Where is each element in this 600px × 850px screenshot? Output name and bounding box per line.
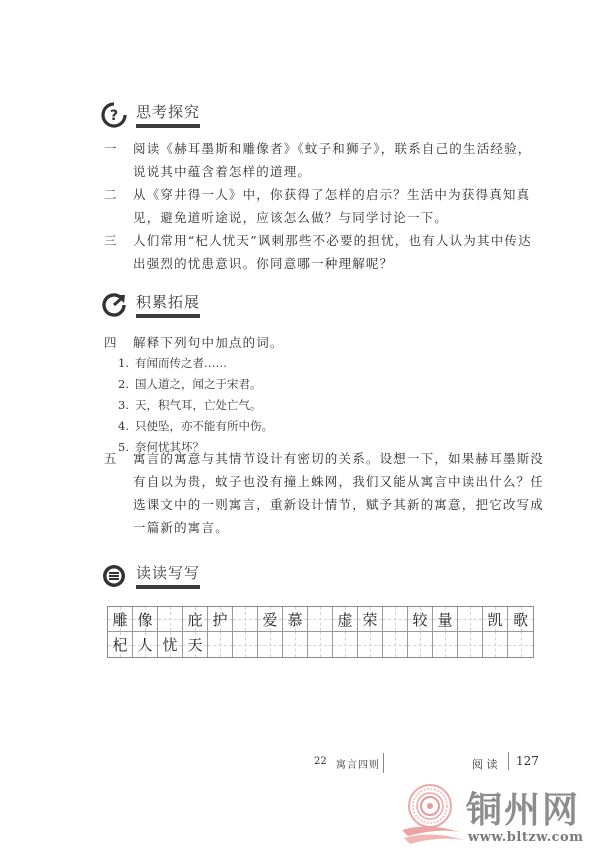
grid-cell: 人 bbox=[133, 632, 158, 657]
grid-cell bbox=[333, 632, 358, 657]
grid-cell: 护 bbox=[208, 607, 233, 632]
question-number: 三 bbox=[104, 229, 133, 275]
grid-cell: 虚 bbox=[333, 607, 358, 632]
section-title: 读读写写 bbox=[136, 562, 200, 582]
writing-grid: 雕像庇护爱慕虚荣较量凯歌杞人忧天 bbox=[107, 606, 534, 658]
grid-cell: 凯 bbox=[483, 607, 508, 632]
sub-item-text: 天，积气耳，亡处亡气。 bbox=[135, 395, 262, 416]
sub-item: 3. 天，积气耳，亡处亡气。 bbox=[118, 395, 273, 416]
section-title: 积累拓展 bbox=[136, 291, 200, 311]
watermark-url: www.bltzw.com bbox=[468, 830, 583, 845]
grid-cell bbox=[233, 607, 258, 632]
grid-cell bbox=[508, 632, 533, 657]
question-text: 阅读《赫耳墨斯和雕像者》《蚊子和狮子》，联系自己的生活经验，说说其中蕴含着怎样的… bbox=[133, 137, 544, 183]
grid-cell bbox=[458, 632, 483, 657]
grid-cell bbox=[308, 632, 333, 657]
footer-divider bbox=[508, 752, 509, 770]
grid-cell: 雕 bbox=[108, 607, 133, 632]
svg-text:?: ? bbox=[110, 108, 118, 124]
footer-lesson-title: 寓言四则 bbox=[336, 756, 380, 771]
grid-cell: 庇 bbox=[183, 607, 208, 632]
grid-cell bbox=[283, 632, 308, 657]
grid-char: 慕 bbox=[287, 609, 302, 630]
question-5: 五 寓言的寓意与其情节设计有密切的关系。设想一下，如果赫耳墨斯没有自以为贵，蚊子… bbox=[104, 447, 544, 539]
sub-item: 2. 国人道之，闻之于宋君。 bbox=[118, 374, 273, 395]
grid-cell bbox=[383, 632, 408, 657]
grid-cell: 慕 bbox=[283, 607, 308, 632]
grid-cell: 较 bbox=[408, 607, 433, 632]
sub-item-text: 有闻而传之者…… bbox=[135, 353, 227, 374]
section-header-extend: 积累拓展 bbox=[101, 291, 200, 318]
grid-cell: 荣 bbox=[358, 607, 383, 632]
grid-char: 凯 bbox=[487, 609, 502, 630]
circular-arrow-icon bbox=[101, 292, 127, 318]
footer-lesson-num: 22 bbox=[314, 756, 327, 767]
sub-item-number: 2. bbox=[118, 374, 135, 395]
grid-cell bbox=[158, 607, 183, 632]
question-number: 二 bbox=[104, 183, 133, 229]
question-circle-icon: ? bbox=[101, 102, 127, 128]
question-text: 人们常用“杞人忧天”讽刺那些不必要的担忧，也有人认为其中传达出强烈的忧患意识。你… bbox=[133, 229, 544, 275]
question-4: 四 解释下列句中加点的词。 bbox=[104, 331, 544, 354]
sub-item-number: 1. bbox=[118, 353, 135, 374]
question-text: 解释下列句中加点的词。 bbox=[133, 331, 544, 354]
sub-item-list: 1. 有闻而传之者…… 2. 国人道之，闻之于宋君。 3. 天，积气耳，亡处亡气… bbox=[118, 353, 273, 458]
section-underline bbox=[136, 585, 200, 589]
lines-circle-icon bbox=[101, 563, 127, 589]
grid-cell bbox=[458, 607, 483, 632]
grid-char: 护 bbox=[212, 609, 227, 630]
grid-char: 庇 bbox=[187, 609, 202, 630]
grid-cell: 天 bbox=[183, 632, 208, 657]
grid-char: 虚 bbox=[337, 609, 352, 630]
question-2: 二 从《穿井得一人》中，你获得了怎样的启示？生活中为获得真知真见，避免道听途说，… bbox=[104, 183, 544, 229]
watermark-name: 铜州网 bbox=[466, 782, 580, 833]
sub-item: 4. 只使坠，亦不能有所中伤。 bbox=[118, 416, 273, 437]
grid-char: 较 bbox=[412, 609, 427, 630]
section-title: 思考探究 bbox=[136, 101, 200, 121]
question-3: 三 人们常用“杞人忧天”讽刺那些不必要的担忧，也有人认为其中传达出强烈的忧患意识… bbox=[104, 229, 544, 275]
grid-cell bbox=[258, 632, 283, 657]
grid-cell bbox=[233, 632, 258, 657]
grid-char: 雕 bbox=[112, 609, 127, 630]
grid-cell bbox=[358, 632, 383, 657]
grid-cell: 量 bbox=[433, 607, 458, 632]
grid-char: 天 bbox=[187, 634, 202, 655]
question-number: 四 bbox=[104, 331, 133, 354]
sub-item-number: 4. bbox=[118, 416, 135, 437]
grid-char: 荣 bbox=[362, 609, 377, 630]
grid-char: 歌 bbox=[513, 609, 528, 630]
sub-item-number: 3. bbox=[118, 395, 135, 416]
section-header-writing: 读读写写 bbox=[101, 562, 200, 589]
section-header-explore: ? 思考探究 bbox=[101, 101, 200, 128]
grid-char: 人 bbox=[137, 634, 152, 655]
grid-cell: 爱 bbox=[258, 607, 283, 632]
section-underline bbox=[136, 124, 200, 128]
grid-char: 量 bbox=[437, 609, 452, 630]
footer-divider bbox=[383, 753, 384, 773]
grid-cell bbox=[433, 632, 458, 657]
grid-cell: 忧 bbox=[158, 632, 183, 657]
grid-char: 忧 bbox=[162, 634, 177, 655]
grid-char: 爱 bbox=[262, 609, 277, 630]
grid-char: 杞 bbox=[112, 634, 127, 655]
grid-char: 像 bbox=[137, 609, 152, 630]
question-1: 一 阅读《赫耳墨斯和雕像者》《蚊子和狮子》，联系自己的生活经验，说说其中蕴含着怎… bbox=[104, 137, 544, 183]
grid-cell bbox=[383, 607, 408, 632]
sub-item-text: 只使坠，亦不能有所中伤。 bbox=[135, 416, 273, 437]
question-number: 一 bbox=[104, 137, 133, 183]
watermark: 铜州网 www.bltzw.com bbox=[398, 782, 598, 848]
grid-cell: 像 bbox=[133, 607, 158, 632]
question-text: 寓言的寓意与其情节设计有密切的关系。设想一下，如果赫耳墨斯没有自以为贵，蚊子也没… bbox=[133, 447, 544, 539]
watermark-logo-icon bbox=[398, 782, 468, 848]
sub-item-text: 国人道之，闻之于宋君。 bbox=[135, 374, 262, 395]
grid-cell bbox=[408, 632, 433, 657]
sub-item: 1. 有闻而传之者…… bbox=[118, 353, 273, 374]
grid-cell bbox=[208, 632, 233, 657]
footer-unit: 阅 读 bbox=[472, 756, 498, 772]
grid-cell bbox=[483, 632, 508, 657]
grid-cell bbox=[308, 607, 333, 632]
grid-cell: 歌 bbox=[508, 607, 533, 632]
grid-cell: 杞 bbox=[108, 632, 133, 657]
question-number: 五 bbox=[104, 447, 133, 539]
section-underline bbox=[136, 314, 200, 318]
question-text: 从《穿井得一人》中，你获得了怎样的启示？生活中为获得真知真见，避免道听途说，应该… bbox=[133, 183, 544, 229]
page-number: 127 bbox=[516, 754, 539, 768]
